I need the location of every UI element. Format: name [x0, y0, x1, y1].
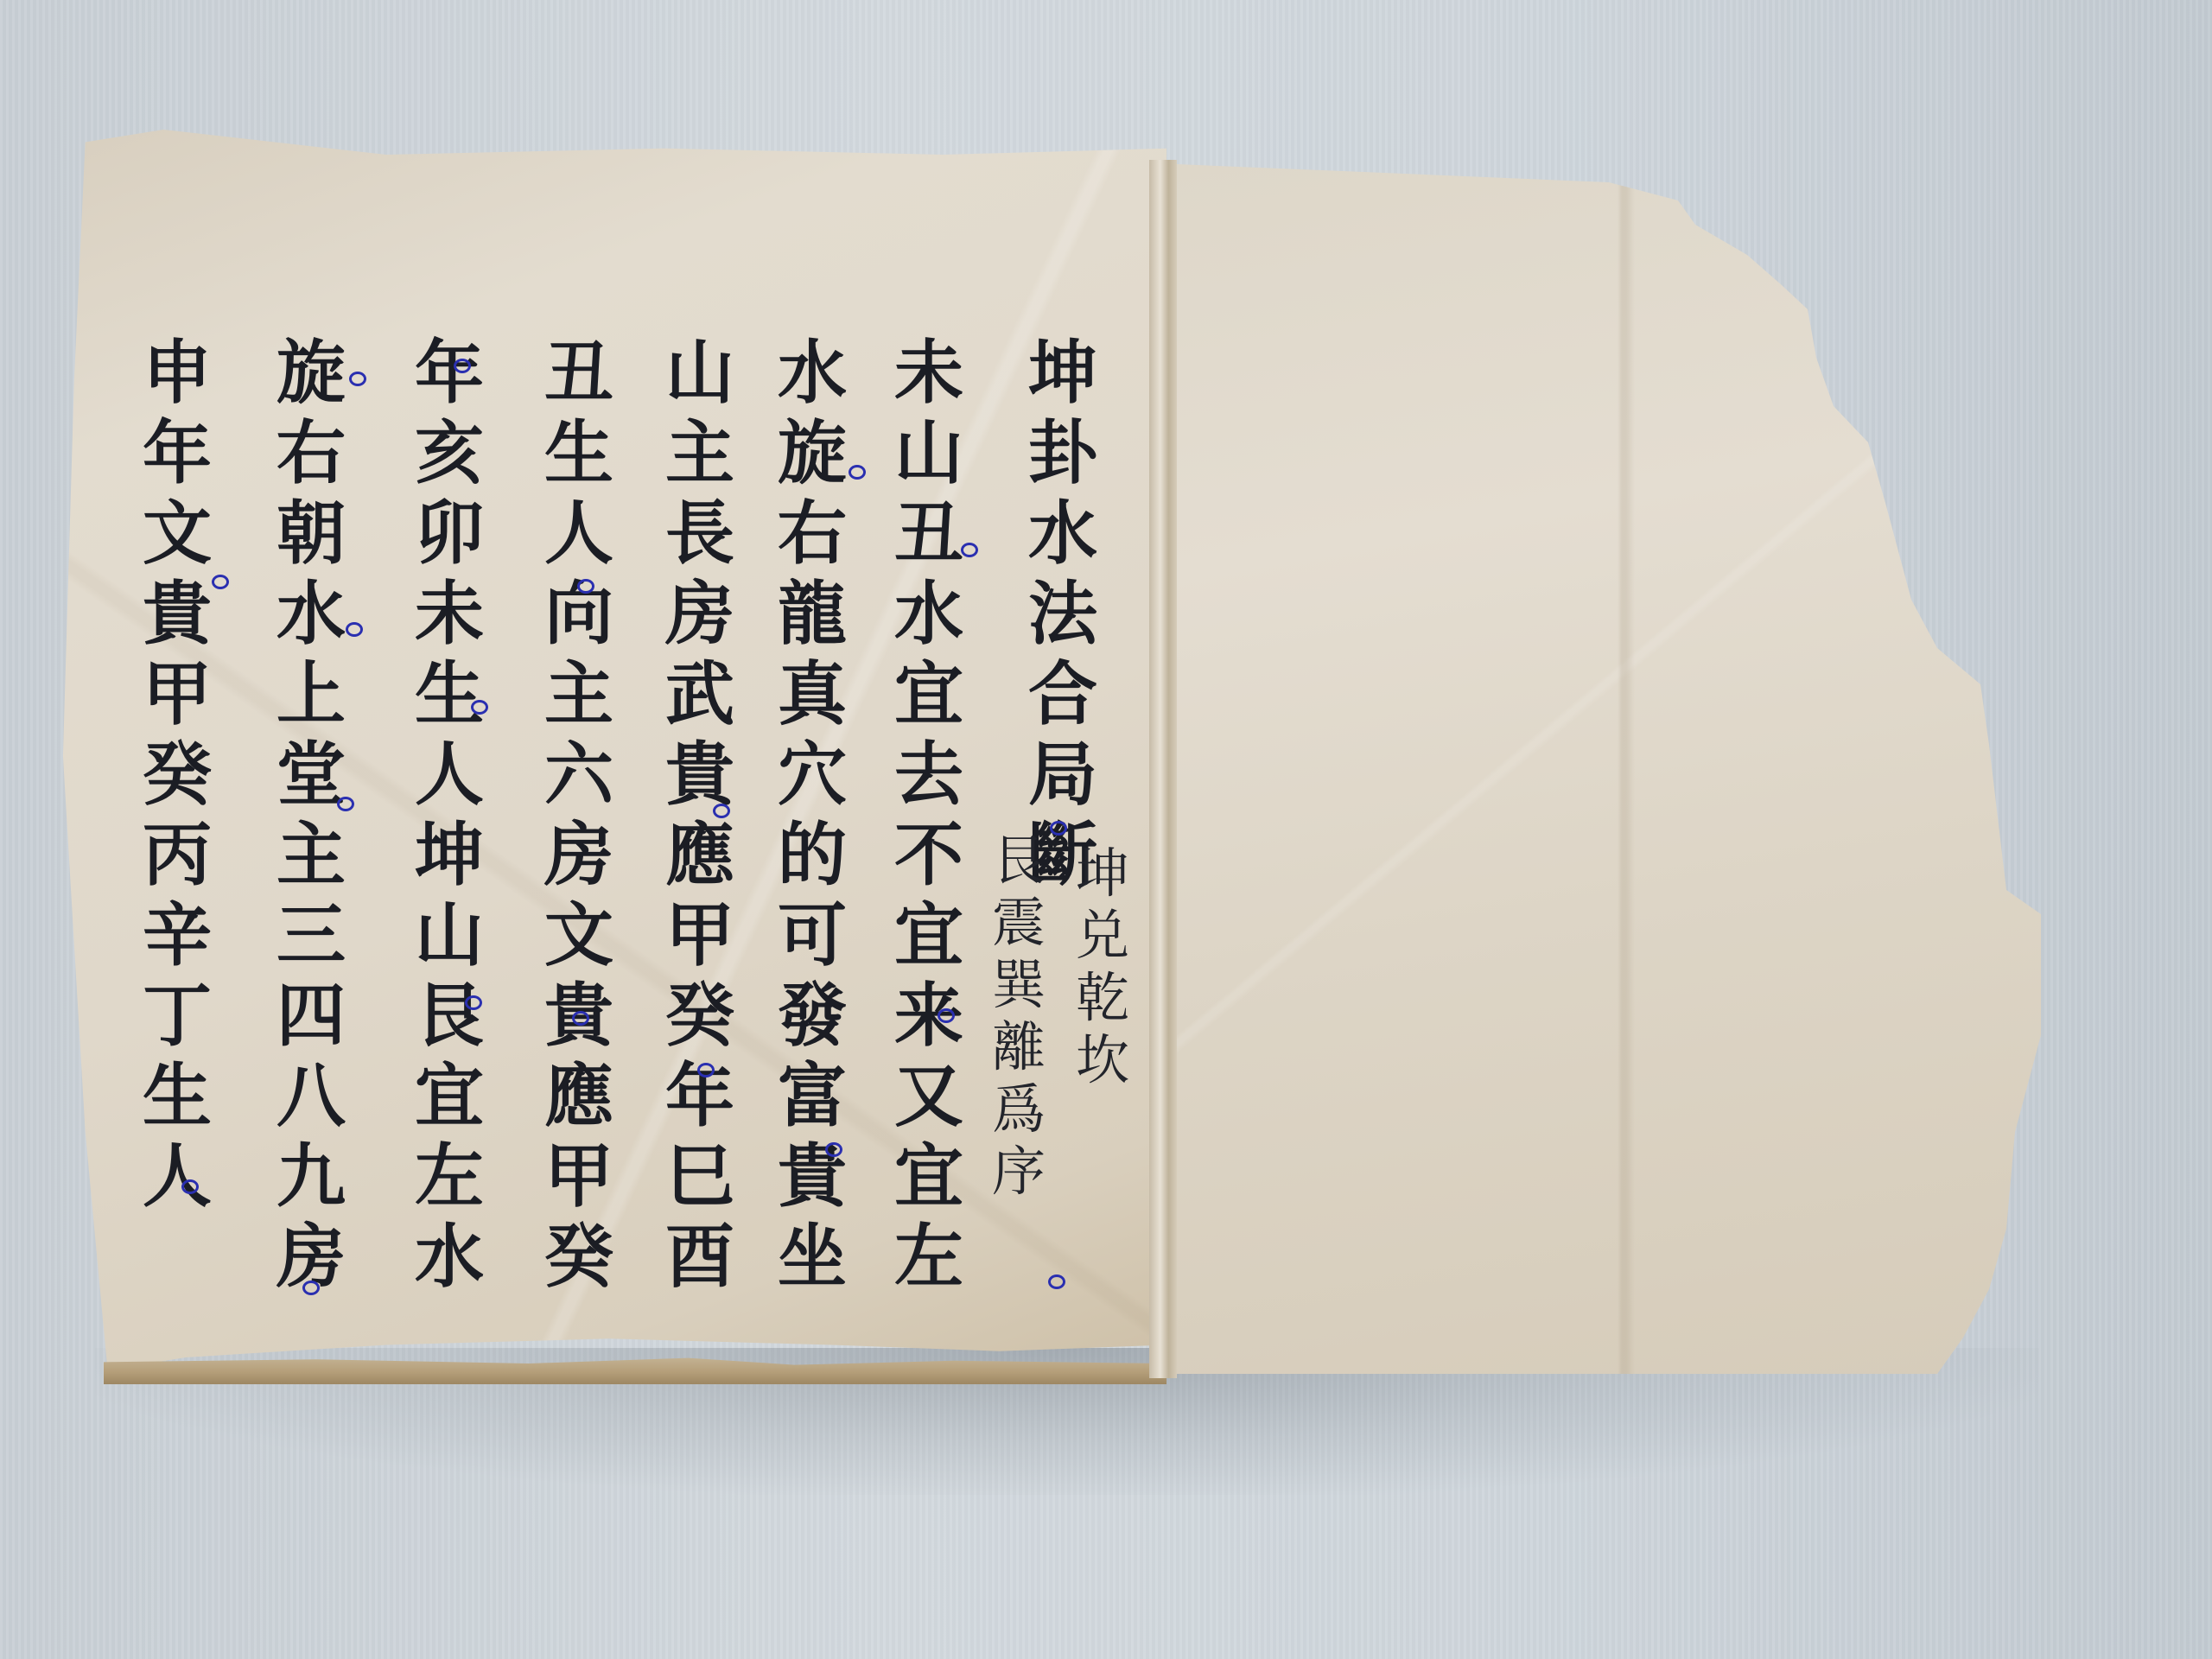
manuscript-character: 水: [276, 574, 346, 654]
manuscript-character: 真: [778, 654, 847, 734]
manuscript-character: 的: [778, 815, 847, 895]
manuscript-character: 四: [276, 976, 346, 1056]
manuscript-character: 艮: [415, 976, 484, 1056]
punctuation-dot: [825, 1142, 842, 1157]
manuscript-character: 水: [1028, 493, 1097, 574]
manuscript-character: 水: [894, 574, 963, 654]
manuscript-character: 穴: [778, 734, 847, 815]
annotation-character: 巽: [992, 954, 1046, 1016]
manuscript-character: 朝: [276, 493, 346, 574]
text-column-7: 旋右朝水上堂主三四八九房: [276, 333, 346, 1297]
manuscript-character: 水: [415, 1217, 484, 1297]
manuscript-character: 坐: [778, 1217, 847, 1297]
manuscript-character: 酉: [665, 1217, 734, 1297]
punctuation-dot: [849, 465, 866, 480]
manuscript-character: 山: [665, 333, 734, 413]
manuscript-character: 人: [415, 734, 484, 815]
manuscript-character: 主: [544, 654, 613, 734]
punctuation-dot: [572, 1011, 589, 1026]
manuscript-character: 坤: [1028, 333, 1097, 413]
manuscript-character: 生: [143, 1056, 212, 1136]
manuscript-character: 局: [1028, 734, 1097, 815]
manuscript-character: 旋: [778, 413, 847, 493]
manuscript-character: 丑: [894, 493, 963, 574]
manuscript-character: 主: [276, 815, 346, 895]
punctuation-dot: [577, 579, 594, 594]
annotation-character: 兑: [1076, 905, 1129, 967]
manuscript-character: 武: [665, 654, 734, 734]
manuscript-character: 辛: [143, 895, 212, 976]
text-column-1-title: 坤卦水法合局斷: [1028, 333, 1097, 895]
manuscript-character: 右: [276, 413, 346, 493]
title-annotation-left: 艮震巽離爲序: [992, 829, 1046, 1203]
manuscript-character: 巳: [665, 1136, 734, 1217]
punctuation-dot: [938, 1008, 955, 1023]
manuscript-character: 宜: [894, 654, 963, 734]
manuscript-character: 卦: [1028, 413, 1097, 493]
manuscript-character: 丑: [544, 333, 613, 413]
punctuation-dot: [713, 804, 730, 818]
manuscript-character: 可: [778, 895, 847, 976]
manuscript-character: 未: [894, 333, 963, 413]
annotation-character: 離: [992, 1016, 1046, 1078]
manuscript-character: 房: [665, 574, 734, 654]
annotation-character: 爲: [992, 1078, 1046, 1141]
punctuation-dot: [471, 700, 488, 715]
annotation-character: 艮: [992, 829, 1046, 892]
text-column-6: 年亥卯未生人坤山艮宜左水: [415, 333, 484, 1297]
manuscript-character: 丁: [143, 976, 212, 1056]
manuscript-character: 癸: [143, 734, 212, 815]
manuscript-character: 堂: [276, 734, 346, 815]
manuscript-character: 發: [778, 976, 847, 1056]
manuscript-character: 貴: [143, 574, 212, 654]
annotation-character: 乾: [1076, 967, 1129, 1029]
manuscript-character: 去: [894, 734, 963, 815]
manuscript-character: 貴: [665, 734, 734, 815]
manuscript-character: 坤: [415, 815, 484, 895]
manuscript-character: 生: [415, 654, 484, 734]
manuscript-character: 宜: [894, 895, 963, 976]
manuscript-character: 甲: [665, 895, 734, 976]
punctuation-dot: [1048, 1274, 1065, 1289]
punctuation-dot: [212, 575, 229, 589]
manuscript-character: 山: [894, 413, 963, 493]
manuscript-character: 主: [665, 413, 734, 493]
manuscript-character: 水: [778, 333, 847, 413]
punctuation-dot: [697, 1063, 715, 1077]
manuscript-character: 右: [778, 493, 847, 574]
manuscript-character: 不: [894, 815, 963, 895]
manuscript-character: 癸: [665, 976, 734, 1056]
manuscript-character: 宜: [415, 1056, 484, 1136]
punctuation-dot: [465, 995, 482, 1010]
punctuation-dot: [302, 1281, 320, 1295]
manuscript-character: 人: [544, 493, 613, 574]
manuscript-character: 左: [415, 1136, 484, 1217]
annotation-character: 序: [992, 1141, 1046, 1203]
manuscript-character: 富: [778, 1056, 847, 1136]
manuscript-character: 龍: [778, 574, 847, 654]
manuscript-character: 房: [544, 815, 613, 895]
manuscript-character: 年: [415, 333, 484, 413]
annotation-character: 震: [992, 892, 1046, 954]
punctuation-dot: [346, 622, 363, 637]
annotation-character: 坎: [1076, 1029, 1129, 1091]
punctuation-dot: [1050, 821, 1067, 836]
manuscript-character: 申: [143, 333, 212, 413]
manuscript-character: 應: [544, 1056, 613, 1136]
text-column-8: 申年文貴甲癸丙辛丁生人: [143, 333, 212, 1217]
manuscript-character: 左: [894, 1217, 963, 1297]
manuscript-character: 八: [276, 1056, 346, 1136]
manuscript-character: 山: [415, 895, 484, 976]
manuscript-character: 旋: [276, 333, 346, 413]
manuscript-character: 癸: [544, 1217, 613, 1297]
manuscript-character: 生: [544, 413, 613, 493]
punctuation-dot: [181, 1179, 199, 1194]
book-spine-fold: [1149, 160, 1177, 1378]
annotation-character: 坤: [1076, 842, 1129, 905]
manuscript-character: 合: [1028, 654, 1097, 734]
manuscript-character: 又: [894, 1056, 963, 1136]
manuscript-character: 人: [143, 1136, 212, 1217]
manuscript-character: 未: [415, 574, 484, 654]
text-column-5: 丑生人向主六房文貴應甲癸: [544, 333, 613, 1297]
manuscript-character: 法: [1028, 574, 1097, 654]
manuscript-character: 六: [544, 734, 613, 815]
text-column-2: 未山丑水宜去不宜来又宜左: [894, 333, 963, 1297]
manuscript-character: 丙: [143, 815, 212, 895]
manuscript-character: 文: [143, 493, 212, 574]
manuscript-character: 九: [276, 1136, 346, 1217]
manuscript-character: 甲: [143, 654, 212, 734]
manuscript-character: 文: [544, 895, 613, 976]
manuscript-character: 三: [276, 895, 346, 976]
blank-right-page: [1177, 164, 2041, 1374]
title-annotation-right: 坤兑乾坎: [1076, 842, 1129, 1091]
punctuation-dot: [349, 372, 366, 386]
manuscript-character: 長: [665, 493, 734, 574]
manuscript-character: 甲: [544, 1136, 613, 1217]
punctuation-dot: [454, 359, 471, 373]
manuscript-character: 宜: [894, 1136, 963, 1217]
punctuation-dot: [961, 543, 978, 557]
punctuation-dot: [337, 797, 354, 811]
manuscript-character: 卯: [415, 493, 484, 574]
manuscript-character: 年: [143, 413, 212, 493]
manuscript-character: 上: [276, 654, 346, 734]
manuscript-character: 亥: [415, 413, 484, 493]
manuscript-character: 應: [665, 815, 734, 895]
